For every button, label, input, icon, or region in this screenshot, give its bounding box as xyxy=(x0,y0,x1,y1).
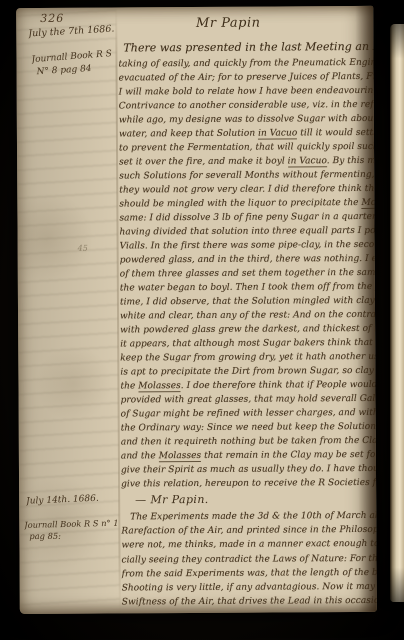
manuscript-page: 326 July the 7th 1686. Journall Book R S… xyxy=(16,6,377,614)
manuscript-line: the water began to boyl. Then I took the… xyxy=(120,280,376,296)
text-column: Mr Papin There was presented in the last… xyxy=(118,15,377,610)
manuscript-line: keep the Sugar from growing dry, yet it … xyxy=(120,350,376,366)
manuscript-line: to prevent the Fermentation, that will q… xyxy=(119,140,375,156)
manuscript-line: evacuated of the Air; for to preserve Ju… xyxy=(119,70,375,86)
manuscript-line: such Solutions for severall Months witho… xyxy=(119,168,375,184)
manuscript-line: cially seeing they contradict the Laws o… xyxy=(121,551,376,567)
manuscript-line: taking of easily, and quickly from the P… xyxy=(118,56,374,72)
faint-pencil-mark: 45 xyxy=(78,244,88,253)
manuscript-line: of them three glasses and set them toget… xyxy=(120,266,376,282)
manuscript-line: I will make bold to relate how I have be… xyxy=(119,84,375,100)
manuscript-line: is apt to precipitate the Dirt from brow… xyxy=(120,364,376,380)
manuscript-line: give this relation, hereupon to receive … xyxy=(121,476,377,492)
manuscript-line: the Ordinary way: Since we need but keep… xyxy=(121,420,377,436)
manuscript-line: the Molasses. I doe therefore think that… xyxy=(120,378,376,394)
manuscript-line: same: I did dissolve 3 lb of fine peny S… xyxy=(119,210,375,226)
entry1-heading: Mr Papin xyxy=(118,15,374,41)
manuscript-line: Swiftness of the Air, that drives the Le… xyxy=(122,594,377,610)
manuscript-line: with powdered glass grew the darkest, an… xyxy=(120,322,376,338)
manuscript-line: The Experiments made the 3d & the 10th o… xyxy=(121,509,377,525)
page-number: 326 xyxy=(40,12,64,25)
manuscript-line: Contrivance to another considerable use,… xyxy=(119,98,375,114)
manuscript-line: they would not grow very clear. I did th… xyxy=(119,182,375,198)
facing-page-edge xyxy=(390,24,404,602)
photo-backdrop: 326 July the 7th 1686. Journall Book R S… xyxy=(0,0,404,640)
manuscript-line: it appears, that although most Sugar bak… xyxy=(120,336,376,352)
entry2-lines: The Experiments made the 3d & the 10th o… xyxy=(121,509,377,610)
manuscript-line: white and clear, than any of the rest: A… xyxy=(120,308,376,324)
manuscript-line: give their Spirit as much as usually the… xyxy=(121,462,377,478)
journal-reference-entry2-line2: pag 85: xyxy=(29,531,89,541)
manuscript-line: provided with great glasses, that may ho… xyxy=(121,392,377,408)
entry1-lines: There was presented in the last Meeting … xyxy=(118,39,376,492)
manuscript-line: while ago, my designe was to dissolve Su… xyxy=(119,112,375,128)
manuscript-line: should be mingled with the liquor to pre… xyxy=(119,196,375,212)
manuscript-line: Shooting is very little, if any advantag… xyxy=(122,580,377,596)
manuscript-line: from the said Experiments was, that the … xyxy=(122,566,377,582)
manuscript-line: Vialls. In the first there was some pipe… xyxy=(120,238,376,254)
manuscript-line: of Sugar might be refined with lesser ch… xyxy=(121,406,377,422)
manuscript-line: Rarefaction of the Air, and printed sinc… xyxy=(121,523,377,539)
manuscript-line: powdered glass, and in the third, there … xyxy=(120,252,376,268)
manuscript-line: water, and keep that Solution in Vacuo t… xyxy=(119,126,375,142)
manuscript-line: time, I did observe, that the Solution m… xyxy=(120,294,376,310)
manuscript-line: There was presented in the last Meeting … xyxy=(118,39,374,58)
manuscript-line: and the Molasses that remain in the Clay… xyxy=(121,448,377,464)
manuscript-line: having divided that solution into three … xyxy=(119,224,375,240)
manuscript-line: and then it requireth nothing but be tak… xyxy=(121,434,377,450)
manuscript-line: set it over the fire, and make it boyl i… xyxy=(119,154,375,170)
manuscript-line: were not, me thinks, made in a manner ex… xyxy=(121,537,376,553)
entry2-heading: — Mr Papin. xyxy=(121,492,377,511)
